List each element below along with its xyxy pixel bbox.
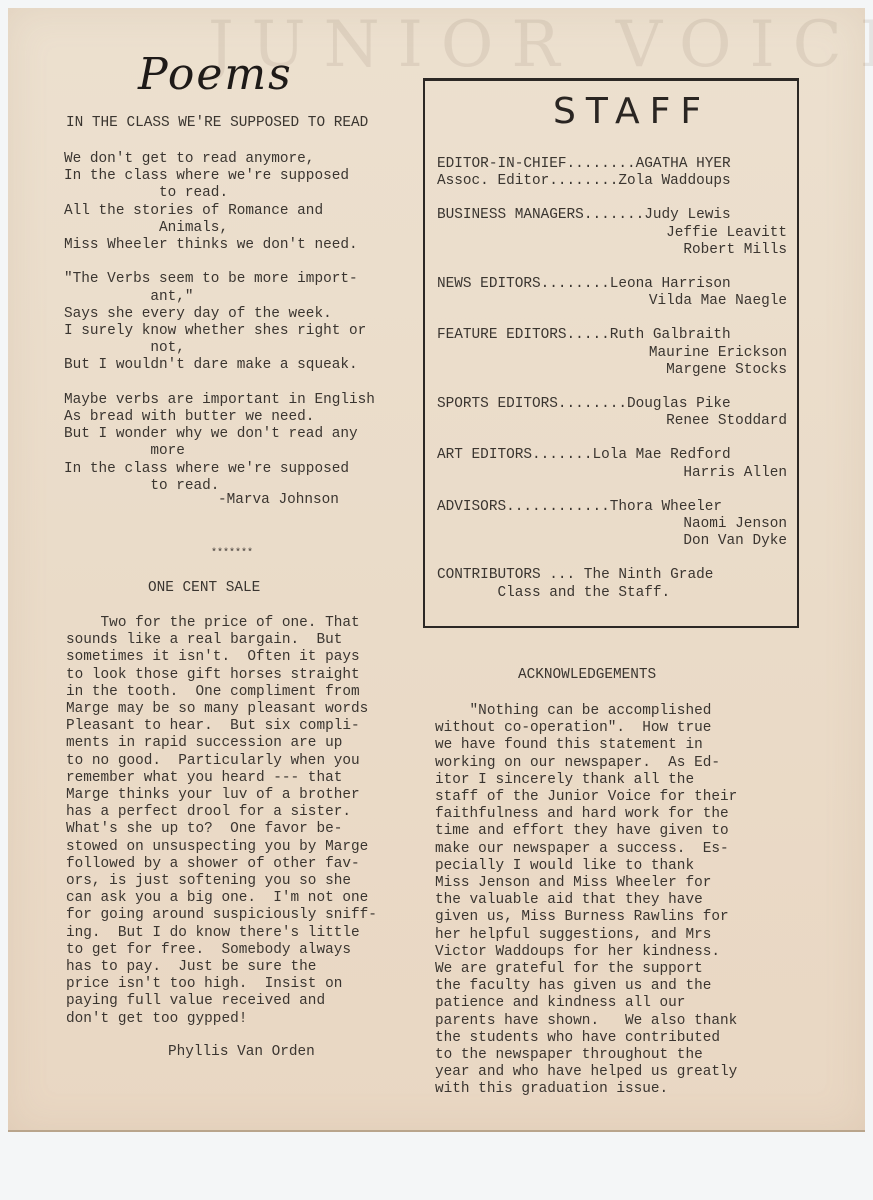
staff-role-group: SPORTS EDITORS........Douglas PikeRenee … — [437, 396, 789, 430]
staff-person: Jeffie Leavitt — [437, 225, 789, 242]
article-line: ments in rapid succession are up — [66, 735, 377, 752]
staff-role-group: NEWS EDITORS........Leona HarrisonVilda … — [437, 276, 789, 310]
staff-role-group: ART EDITORS.......Lola Mae RedfordHarris… — [437, 447, 789, 481]
poem-line — [64, 375, 375, 392]
acknowledgement-line: time and effort they have given to — [435, 823, 737, 840]
article-line: ors, is just softening you so she — [66, 873, 377, 890]
staff-person: Margene Stocks — [437, 362, 789, 379]
poem-body: We don't get to read anymore,In the clas… — [64, 151, 375, 495]
poem-line: In the class where we're supposed — [64, 461, 375, 478]
article-line: has a perfect drool for a sister. — [66, 804, 377, 821]
acknowledgement-line: "Nothing can be accomplished — [435, 703, 737, 720]
acknowledgement-line: the valuable aid that they have — [435, 892, 737, 909]
acknowledgement-line: itor I sincerely thank all the — [435, 772, 737, 789]
acknowledgement-line: faithfulness and hard work for the — [435, 806, 737, 823]
article-line: followed by a shower of other fav- — [66, 856, 377, 873]
staff-role-group: ADVISORS............Thora WheelerNaomi J… — [437, 499, 789, 551]
staff-role: ADVISORS — [437, 499, 506, 516]
staff-role: FEATURE EDITORS — [437, 327, 567, 344]
article-line: to get for free. Somebody always — [66, 942, 377, 959]
staff-title: STAFF — [553, 91, 711, 132]
leader-dots: ....... — [532, 447, 592, 464]
article-line: don't get too gypped! — [66, 1011, 377, 1028]
poem-author: -Marva Johnson — [218, 492, 339, 509]
acknowledgement-line: make our newspaper a success. Es- — [435, 841, 737, 858]
acknowledgement-line: Victor Waddoups for her kindness. — [435, 944, 737, 961]
section-separator: ******* — [211, 545, 253, 562]
acknowledgement-line: the students who have contributed — [435, 1030, 737, 1047]
staff-contributors: CONTRIBUTORS ... The Ninth Grade Class a… — [437, 567, 789, 601]
leader-dots: ............ — [506, 499, 610, 516]
staff-box: STAFF EDITOR-IN-CHIEF........AGATHA HYER… — [423, 78, 799, 628]
article-line: stowed on unsuspecting you by Marge — [66, 839, 377, 856]
acknowledgement-line: working on our newspaper. As Ed- — [435, 755, 737, 772]
staff-role: Assoc. Editor — [437, 173, 549, 190]
leader-dots: ........ — [549, 173, 618, 190]
acknowledgements-title: ACKNOWLEDGEMENTS — [518, 667, 656, 684]
poem-line: All the stories of Romance and — [64, 203, 375, 220]
staff-person: AGATHA HYER — [636, 156, 731, 173]
poem-line: Maybe verbs are important in English — [64, 392, 375, 409]
one-cent-sale-body: Two for the price of one. Thatsounds lik… — [66, 615, 377, 1028]
poem-line — [64, 254, 375, 271]
acknowledgement-line: to the newspaper throughout the — [435, 1047, 737, 1064]
acknowledgement-line: the faculty has given us and the — [435, 978, 737, 995]
article-line: Pleasant to hear. But six compli- — [66, 718, 377, 735]
staff-person: Leona Harrison — [610, 276, 731, 293]
staff-list: EDITOR-IN-CHIEF........AGATHA HYERAssoc.… — [437, 156, 789, 602]
acknowledgements-body: "Nothing can be accomplishedwithout co-o… — [435, 703, 737, 1099]
staff-person: Renee Stoddard — [437, 413, 789, 430]
article-line: to look those gift horses straight — [66, 667, 377, 684]
acknowledgement-line: patience and kindness all our — [435, 995, 737, 1012]
article-line: sometimes it isn't. Often it pays — [66, 649, 377, 666]
one-cent-sale-title: ONE CENT SALE — [148, 580, 260, 597]
poem-line: Miss Wheeler thinks we don't need. — [64, 237, 375, 254]
staff-person: Lola Mae Redford — [592, 447, 730, 464]
acknowledgement-line: her helpful suggestions, and Mrs — [435, 927, 737, 944]
poem-line: In the class where we're supposed — [64, 168, 375, 185]
poem-line: We don't get to read anymore, — [64, 151, 375, 168]
staff-person: Naomi Jenson — [437, 516, 789, 533]
staff-person: Maurine Erickson — [437, 345, 789, 362]
poems-title: Poems — [138, 50, 293, 100]
leader-dots: ....... — [584, 207, 644, 224]
poem-line: Animals, — [64, 220, 375, 237]
one-cent-sale-author: Phyllis Van Orden — [168, 1044, 315, 1061]
staff-role: SPORTS EDITORS — [437, 396, 558, 413]
poem-line: more — [64, 443, 375, 460]
article-line: What's she up to? One favor be- — [66, 821, 377, 838]
staff-person: Don Van Dyke — [437, 533, 789, 550]
poem-line: I surely know whether shes right or — [64, 323, 375, 340]
poem-heading: IN THE CLASS WE'RE SUPPOSED TO READ — [66, 115, 368, 132]
poem-line: to read. — [64, 185, 375, 202]
article-line: price isn't too high. Insist on — [66, 976, 377, 993]
acknowledgement-line: Miss Jenson and Miss Wheeler for — [435, 875, 737, 892]
poem-line: ant," — [64, 289, 375, 306]
article-line: can ask you a big one. I'm not one — [66, 890, 377, 907]
article-line: Marge thinks your luv of a brother — [66, 787, 377, 804]
poem-line: "The Verbs seem to be more import- — [64, 271, 375, 288]
staff-role-group: FEATURE EDITORS.....Ruth GalbraithMaurin… — [437, 327, 789, 379]
article-line: in the tooth. One compliment from — [66, 684, 377, 701]
acknowledgement-line: year and who have helped us greatly — [435, 1064, 737, 1081]
article-line: for going around suspiciously sniff- — [66, 907, 377, 924]
article-line: to no good. Particularly when you — [66, 753, 377, 770]
staff-role: ART EDITORS — [437, 447, 532, 464]
staff-person: Zola Waddoups — [618, 173, 730, 190]
staff-person: Harris Allen — [437, 465, 789, 482]
acknowledgement-line: staff of the Junior Voice for their — [435, 789, 737, 806]
leader-dots: ........ — [567, 156, 636, 173]
staff-person: Robert Mills — [437, 242, 789, 259]
acknowledgement-line: given us, Miss Burness Rawlins for — [435, 909, 737, 926]
acknowledgement-line: parents have shown. We also thank — [435, 1013, 737, 1030]
staff-role: NEWS EDITORS — [437, 276, 541, 293]
acknowledgement-line: with this graduation issue. — [435, 1081, 737, 1098]
poem-line: But I wonder why we don't read any — [64, 426, 375, 443]
poem-line: Says she every day of the week. — [64, 306, 375, 323]
article-line: has to pay. Just be sure the — [66, 959, 377, 976]
staff-person: Judy Lewis — [644, 207, 730, 224]
leader-dots: ........ — [541, 276, 610, 293]
acknowledgement-line: without co-operation". How true — [435, 720, 737, 737]
article-line: Two for the price of one. That — [66, 615, 377, 632]
staff-person: Thora Wheeler — [610, 499, 722, 516]
staff-role-group: Assoc. Editor........Zola Waddoups — [437, 173, 789, 190]
article-line: paying full value received and — [66, 993, 377, 1010]
acknowledgement-line: We are grateful for the support — [435, 961, 737, 978]
staff-role: BUSINESS MANAGERS — [437, 207, 584, 224]
staff-role: EDITOR-IN-CHIEF — [437, 156, 567, 173]
leader-dots: ........ — [558, 396, 627, 413]
poem-line: But I wouldn't dare make a squeak. — [64, 357, 375, 374]
article-line: sounds like a real bargain. But — [66, 632, 377, 649]
staff-role-group: EDITOR-IN-CHIEF........AGATHA HYER — [437, 156, 789, 173]
article-line: Marge may be so many pleasant words — [66, 701, 377, 718]
acknowledgement-line: we have found this statement in — [435, 737, 737, 754]
leader-dots: ..... — [567, 327, 610, 344]
poem-line: not, — [64, 340, 375, 357]
article-line: remember what you heard --- that — [66, 770, 377, 787]
acknowledgement-line: pecially I would like to thank — [435, 858, 737, 875]
staff-person: Douglas Pike — [627, 396, 731, 413]
staff-person: Ruth Galbraith — [610, 327, 731, 344]
article-line: ing. But I do know there's little — [66, 925, 377, 942]
staff-role-group: BUSINESS MANAGERS.......Judy LewisJeffie… — [437, 207, 789, 259]
poem-line: As bread with butter we need. — [64, 409, 375, 426]
staff-person: Vilda Mae Naegle — [437, 293, 789, 310]
